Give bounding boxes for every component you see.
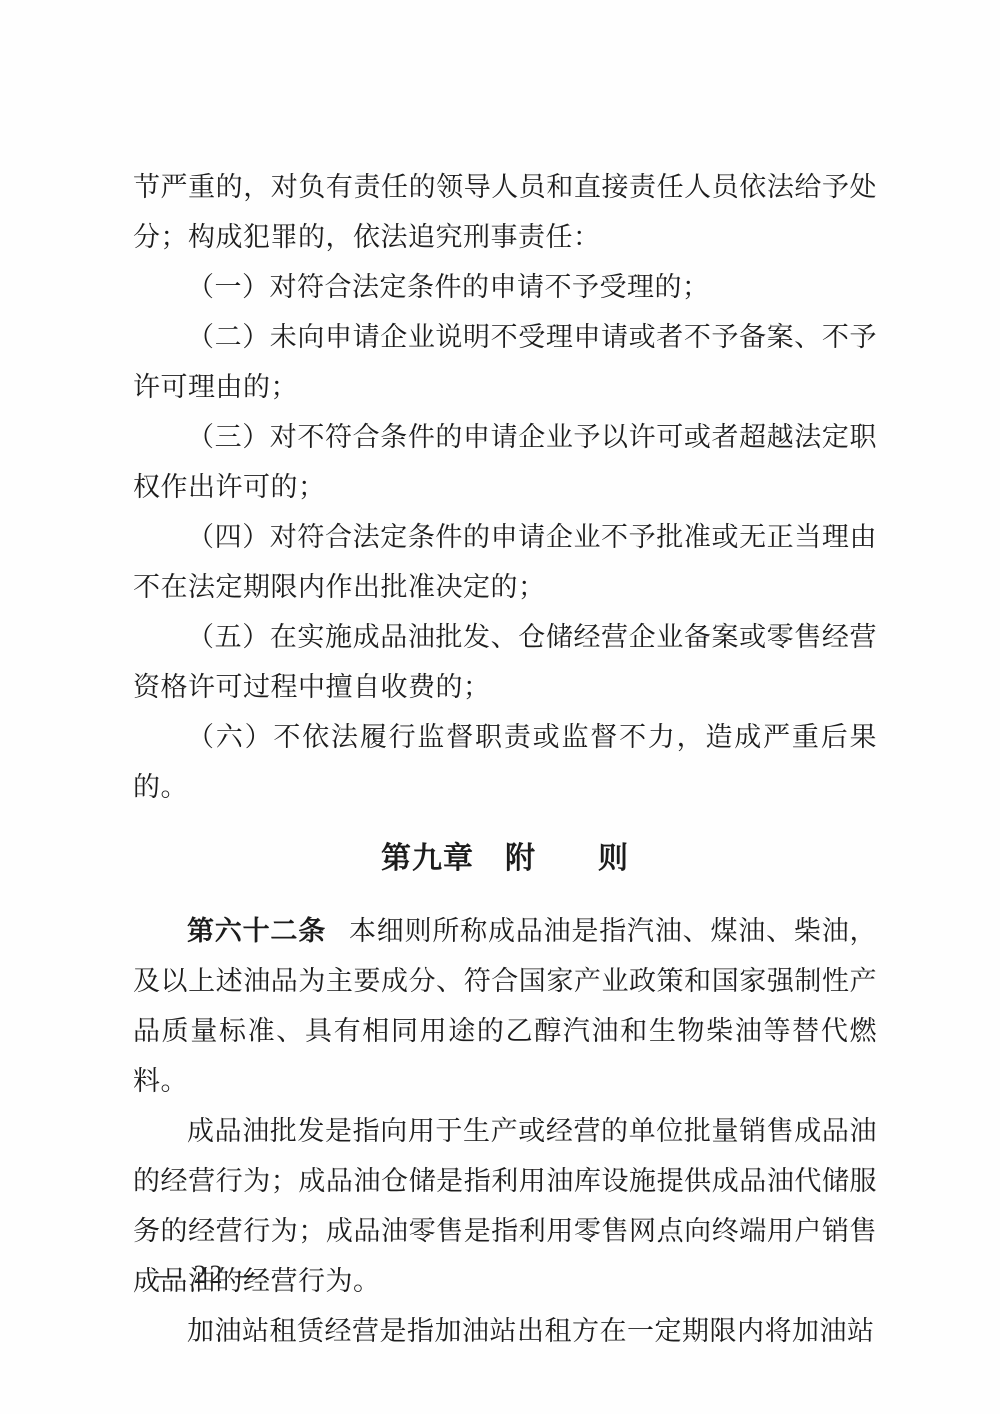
list-item-6: （六）不依法履行监督职责或监督不力，造成严重后果的。 (133, 712, 877, 812)
paragraph-continuation: 节严重的，对负有责任的领导人员和直接责任人员依法给予处分；构成犯罪的，依法追究刑… (133, 162, 877, 262)
article-number: 第六十二条 (187, 916, 326, 946)
article-paragraph: 第六十二条本细则所称成品油是指汽油、煤油、柴油，及以上述油品为主要成分、符合国家… (133, 906, 877, 1106)
definition-paragraph-partial: 加油站租赁经营是指加油站出租方在一定期限内将加油站 (133, 1306, 877, 1356)
chapter-heading: 第九章 附 则 (133, 834, 877, 884)
document-content: 节严重的，对负有责任的领导人员和直接责任人员依法给予处分；构成犯罪的，依法追究刑… (133, 162, 877, 1356)
list-item-4: （四）对符合法定条件的申请企业不予批准或无正当理由不在法定期限内作出批准决定的； (133, 512, 877, 612)
page-number-footer: — 22 — (155, 1258, 264, 1292)
list-item-1: （一）对符合法定条件的申请不予受理的； (133, 262, 877, 312)
list-item-3: （三）对不符合条件的申请企业予以许可或者超越法定职权作出许可的； (133, 412, 877, 512)
list-item-2: （二）未向申请企业说明不受理申请或者不予备案、不予许可理由的； (133, 312, 877, 412)
document-page: 节严重的，对负有责任的领导人员和直接责任人员依法给予处分；构成犯罪的，依法追究刑… (0, 0, 1000, 1414)
list-item-5: （五）在实施成品油批发、仓储经营企业备案或零售经营资格许可过程中擅自收费的； (133, 612, 877, 712)
